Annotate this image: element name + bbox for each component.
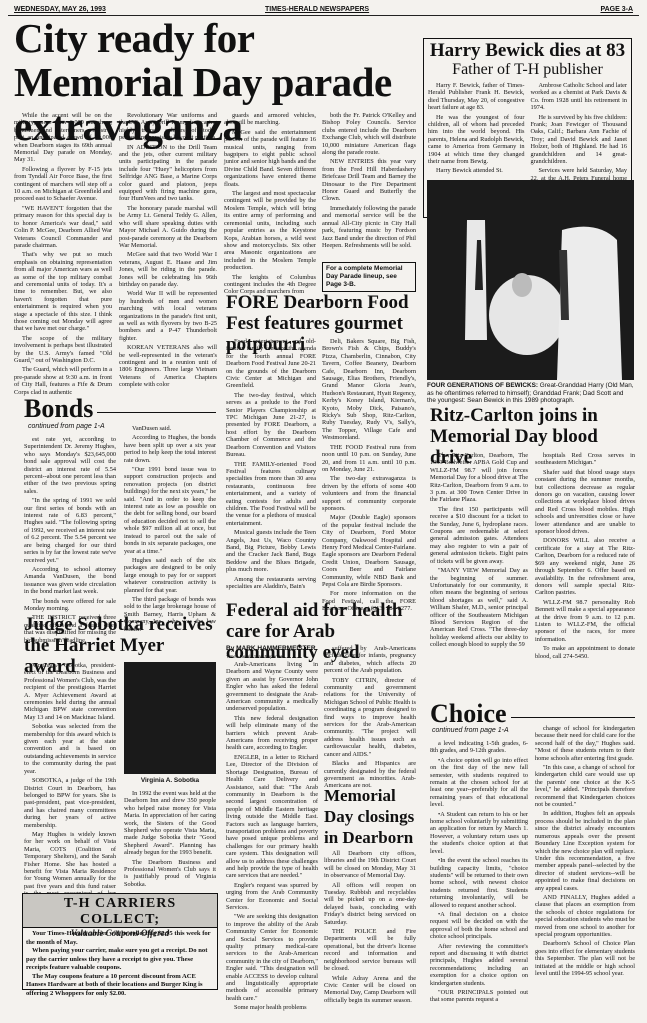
parade-column-3: guards and armored vehicles, also will b… <box>224 112 316 298</box>
paragraph: Hughes said each of the six packages are… <box>124 557 216 594</box>
parade-lineup-callout: For a complete Memorial Day Parade lineu… <box>322 262 416 292</box>
paragraph: WLLZ-FM 98.7 personality Rob Bennett wil… <box>535 599 635 643</box>
sobotka-column-1: Virginia A. Sobotka, president-elect of … <box>24 662 116 907</box>
federal-aid-byline: By MARK HAMMERMEISTER <box>226 645 316 652</box>
paragraph: In 1992 the event was held at the Dearbo… <box>124 790 216 857</box>
closings-column: All Dearborn city offices, libraries and… <box>324 850 416 1006</box>
paragraph: Deli, Bakers Square, Big Fish, Brown's F… <box>322 338 416 442</box>
choice-column-2: change of school for kindergarten becaus… <box>535 725 635 979</box>
federal-aid-column-1: Arab-Americans living in Dearborn and Wa… <box>226 661 318 1014</box>
paragraph: est rate yet, according to Superintenden… <box>24 436 116 495</box>
paragraph: Musical guests include the Teen Angels, … <box>226 529 316 573</box>
page-number: PAGE 3-A <box>600 6 633 13</box>
parade-column-4: both the Fr. Patrick O'Kelley and Bishop… <box>322 112 416 251</box>
paragraph: The largest and most spectacular conting… <box>224 190 316 271</box>
sobotka-column-2: In 1992 the event was held at the Dearbo… <box>124 790 216 890</box>
paragraph: Harry F. Bewick, father of Times-Herald … <box>428 82 525 112</box>
paragraph: The honorary parade marshal will be Army… <box>119 205 217 249</box>
paragraph: TOBY CITRIN, director of community and g… <box>324 677 416 758</box>
paragraph: •In the event the school reaches its bui… <box>430 857 528 909</box>
sobotka-photo-caption: Virginia A. Sobotka <box>124 777 216 785</box>
carriers-title: T-H CARRIERS COLLECT; <box>23 896 217 928</box>
paragraph: THE POLICE and Fire Departments will be … <box>324 928 416 972</box>
paragraph: The first 150 participants will receive … <box>430 506 528 565</box>
paragraph: The Guard, which will perform in a pre-p… <box>14 366 112 396</box>
paragraph: Revolutionary War uniforms and the U.S. … <box>119 112 217 142</box>
paragraph: When paying your carrier, make sure you … <box>26 947 214 973</box>
food-fest-column-2: Deli, Bakers Square, Big Fish, Brown's F… <box>322 338 416 615</box>
carriers-collect-box: T-H CARRIERS COLLECT; Valuable Coupons O… <box>22 893 218 990</box>
paragraph: The Ritz-Carlton, Dearborn, The 1993 Bud… <box>430 452 528 504</box>
paragraph: VanDusen said. <box>124 425 216 432</box>
paragraph: THE FAMILY-oriented Food Festival featur… <box>226 461 316 528</box>
ritz-column-1: The Ritz-Carlton, Dearborn, The 1993 Bud… <box>430 452 528 651</box>
paragraph: While Adray Arena and the Civic Center w… <box>324 975 416 1005</box>
issue-date: WEDNESDAY, MAY 26, 1993 <box>14 6 106 13</box>
paragraph: Ambrose Catholic School and later worked… <box>531 82 628 112</box>
paragraph: "We are seeking this designation to impr… <box>226 913 318 1002</box>
choice-column-1: a level indicating 1-5th grades, 6-8th g… <box>430 740 528 1006</box>
paragraph: While the accent will be on the military… <box>14 112 112 164</box>
paragraph: Following a flyover by F-15 jets from Ty… <box>14 166 112 203</box>
food-fest-column-1: Food, entertainment and old-fashion fami… <box>226 338 316 592</box>
paragraph: Food, entertainment and old-fashion fami… <box>226 338 316 390</box>
paragraph: SOBOTKA, a judge of the 19th District Co… <box>24 777 116 829</box>
choice-continued-line: continued from page 1-A <box>432 727 509 734</box>
paragraph: "OUR PRINCIPALS pointed out that some pa… <box>430 989 528 1004</box>
paragraph: To make an appointment to donate blood, … <box>535 645 635 660</box>
paragraph: Engler's request was spurred by urging f… <box>226 882 318 912</box>
paragraph: He is survived by his five children: Fra… <box>531 114 628 166</box>
paragraph: Virginia A. Sobotka, president-elect of … <box>24 662 116 721</box>
paragraph: All Dearborn city offices, libraries and… <box>324 850 416 880</box>
paragraph: •A final decision on a choice request wi… <box>430 911 528 941</box>
paragraph: He was the youngest of four children, al… <box>428 114 525 166</box>
paragraph: In addition, Hughes felt an appeals proc… <box>535 810 635 891</box>
paragraph: The scope of the military involvement is… <box>14 335 112 365</box>
paragraph: According to Hughes, the bonds have been… <box>124 434 216 464</box>
paragraph: McGee said that two World War I veterans… <box>119 251 217 288</box>
paragraph: •A Student can return to his or her home… <box>430 811 528 855</box>
paragraph: DONORS WILL also receive a certificate f… <box>535 537 635 596</box>
parade-column-2: Revolutionary War uniforms and the U.S. … <box>119 112 217 391</box>
paragraph: This new federal designation will help e… <box>226 715 318 752</box>
paragraph: Harry Bewick attended St. <box>428 167 525 174</box>
paragraph: hospitals Red Cross serves in southeaste… <box>535 452 635 467</box>
paragraph: THE FOOD Festival runs from noon until 1… <box>322 444 416 474</box>
carriers-banner: T-H CARRIERS COLLECT; Valuable Coupons O… <box>23 894 217 928</box>
bonds-continued-line: continued from page 1-A <box>28 423 105 430</box>
paragraph: suffered by Arab-Americans include care … <box>324 645 416 675</box>
paragraph: The Dearborn Business and Professional W… <box>124 859 216 889</box>
paragraph: change of school for kindergarten becaus… <box>535 725 635 762</box>
paragraph: The two-day extravaganza is driven by th… <box>322 475 416 512</box>
bewick-column-1: Harry F. Bewick, father of Times-Herald … <box>428 82 525 192</box>
carriers-body: Your Times-Herald carrier will be collec… <box>23 928 217 1000</box>
choice-headline: Choice <box>430 700 635 728</box>
ritz-column-2: hospitals Red Cross serves in southeaste… <box>535 452 635 662</box>
closings-headline: Memorial Day closings in Dearborn <box>324 785 416 848</box>
paragraph: "In the spring of 1991 we sold our first… <box>24 497 116 564</box>
paragraph: "MANY VIEW Memorial Day as the beginning… <box>430 567 528 648</box>
paper-name: TIMES-HERALD NEWSPAPERS <box>265 6 369 13</box>
paragraph: both the Fr. Patrick O'Kelley and Bishop… <box>322 112 416 156</box>
paragraph: Dearborn's School of Choice Plan goes in… <box>535 940 635 977</box>
paragraph: ENGLER, in a letter to Richard Lee, Dire… <box>226 754 318 880</box>
bewick-column-2: Ambrose Catholic School and later worked… <box>531 82 628 192</box>
photo-figures-icon <box>427 180 634 380</box>
paragraph: Sobotka was selected from the membership… <box>24 723 116 775</box>
bonds-headline: Bonds <box>24 395 216 423</box>
bewick-headline: Harry Bewick dies at 83 <box>428 41 627 61</box>
paragraph: The bonds were offered for sale Monday m… <box>24 598 116 613</box>
paragraph: That's why we put so much emphasis on ob… <box>14 251 112 332</box>
paragraph: guards and armored vehicles, also will b… <box>224 112 316 127</box>
paragraph: The May coupons feature a 10 percent dis… <box>26 973 214 999</box>
paragraph: Major (Double Eagle) sponsors of the pop… <box>322 514 416 588</box>
federal-aid-column-2: suffered by Arab-Americans include care … <box>324 645 416 792</box>
parade-column-1: While the accent will be on the military… <box>14 112 112 398</box>
paragraph: Among the restaurants serving specialtie… <box>226 576 316 591</box>
paragraph: Shafer said that blood usage stays const… <box>535 469 635 536</box>
paragraph: The two-day festival, which serves as a … <box>226 392 316 459</box>
paragraph: KOREAN VETERANS also will be well-repres… <box>119 344 217 388</box>
paragraph: McGee said the entertainment portion of … <box>224 129 316 188</box>
paragraph: All offices will reopen on Tuesday. Rubb… <box>324 882 416 926</box>
paragraph: NEW ENTRIES this year vary from the Fred… <box>322 158 416 202</box>
paragraph: Some major health problems <box>226 1004 318 1011</box>
paragraph: "Our 1991 bond issue was to support cons… <box>124 466 216 555</box>
paragraph: After reviewing the committee's report a… <box>430 943 528 987</box>
sobotka-photo <box>124 662 216 774</box>
bewick-photo-caption: FOUR GENERATIONS OF BEWICKS: Great-Grand… <box>427 382 634 405</box>
caption-lead: FOUR GENERATIONS OF BEWICKS: <box>427 382 538 389</box>
bonds-column-2: VanDusen said. According to Hughes, the … <box>124 425 216 635</box>
paragraph: IN ADDITION to the Drill Team and the je… <box>119 144 217 203</box>
paragraph: "WE HAVEN'T forgotten that the primary r… <box>14 205 112 249</box>
paragraph: AND FINALLY, Hughes added a clause that … <box>535 894 635 938</box>
bewick-family-photo <box>427 180 634 380</box>
paragraph: "In this case, a change of school for ki… <box>535 764 635 808</box>
paragraph: •A choice option will go into effect on … <box>430 757 528 809</box>
paragraph: According to school attorney Amanda VanD… <box>24 566 116 596</box>
bewick-subheadline: Father of T-H publisher <box>428 61 627 79</box>
paragraph: Your Times-Herald carrier will be collec… <box>26 930 214 947</box>
federal-aid-byline-title: Times-Herald Staff Reporter <box>226 654 282 659</box>
paragraph: Arab-Americans living in Dearborn and Wa… <box>226 661 318 713</box>
paragraph: Immediately following the parade and mem… <box>322 205 416 249</box>
paragraph: a level indicating 1-5th grades, 6-8th g… <box>430 740 528 755</box>
paragraph: World War II will be represented by hund… <box>119 290 217 342</box>
